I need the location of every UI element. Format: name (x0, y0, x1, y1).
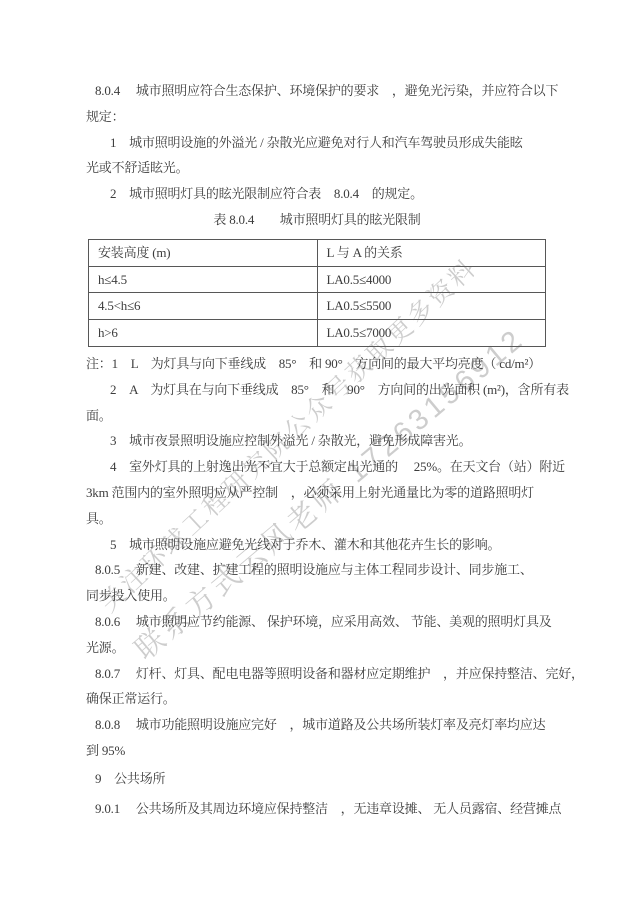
table-cell-relation-2: LA0.5≤5500 (317, 293, 546, 320)
table-note-1: 注：1 L 为灯具与向下垂线成 85° 和 90° 方向间的最大平均亮度（ cd… (86, 351, 548, 377)
table-row: h>6 LA0.5≤7000 (89, 320, 546, 347)
table-header-l-a-relation: L 与 A 的关系 (317, 239, 546, 266)
table-cell-height-1: h≤4.5 (89, 266, 318, 293)
clause-8-0-4-line-1: 8.0.4 城市照明应符合生态保护、环境保护的要求 ，避免光污染，并应符合以下 (86, 78, 548, 104)
table-note-5: 5 城市照明设施应避免光线对于乔木、灌木和其他花卉生长的影响。 (86, 532, 548, 558)
clause-8-0-4-item-1-line-1: 1 城市照明设施的外溢光 / 杂散光应避免对行人和汽车驾驶员形成失能眩 (86, 130, 548, 156)
clause-8-0-8-line-2: 到 95% (86, 738, 548, 764)
table-8-0-4-title: 表 8.0.4 城市照明灯具的眩光限制 (86, 207, 548, 233)
clause-8-0-7-line-1: 8.0.7 灯杆、灯具、配电电器等照明设备和器材应定期维护 ，并应保持整洁、完好… (86, 661, 548, 687)
document-page: 关注环球工程研究院公众号获取更多资料 联系方式云风老师 17263156912 … (0, 0, 635, 900)
table-header-row: 安装高度 (m) L 与 A 的关系 (89, 239, 546, 266)
clause-8-0-6-line-2: 光源。 (86, 635, 548, 661)
clause-8-0-4-item-2: 2 城市照明灯具的眩光限制应符合表 8.0.4 的规定。 (86, 181, 548, 207)
table-note-4-line-3: 具。 (86, 506, 548, 532)
clause-8-0-8-line-1: 8.0.8 城市功能照明设施应完好 ，城市道路及公共场所装灯率及亮灯率均应达 (86, 712, 548, 738)
clause-8-0-4-line-2: 规定： (86, 104, 548, 130)
table-note-4-line-2: 3km 范围内的室外照明应从严控制 ，必须采用上射光通量比为零的道路照明灯 (86, 480, 548, 506)
table-note-4-line-1: 4 室外灯具的上射逸出光不宜大于总额定出光通的 25%。在天文台（站）附近 (86, 454, 548, 480)
table-row: 4.5<h≤6 LA0.5≤5500 (89, 293, 546, 320)
table-row: h≤4.5 LA0.5≤4000 (89, 266, 546, 293)
table-note-3: 3 城市夜景照明设施应控制外溢光 / 杂散光，避免形成障害光。 (86, 428, 548, 454)
table-note-2-line-2: 面。 (86, 403, 548, 429)
table-cell-height-3: h>6 (89, 320, 318, 347)
clause-8-0-6-line-1: 8.0.6 城市照明应节约能源、 保护环境，应采用高效、 节能、美观的照明灯具及 (86, 609, 548, 635)
table-note-2-line-1: 2 A 为灯具在与向下垂线成 85° 和 90° 方向间的出光面积 (m²)，含… (86, 377, 548, 403)
table-cell-relation-3: LA0.5≤7000 (317, 320, 546, 347)
clause-8-0-5-line-1: 8.0.5 新建、改建、扩建工程的照明设施应与主体工程同步设计、同步施工、 (86, 557, 548, 583)
table-header-installation-height: 安装高度 (m) (89, 239, 318, 266)
table-cell-relation-1: LA0.5≤4000 (317, 266, 546, 293)
glare-limit-table: 安装高度 (m) L 与 A 的关系 h≤4.5 LA0.5≤4000 4.5<… (88, 239, 546, 347)
document-content: 8.0.4 城市照明应符合生态保护、环境保护的要求 ，避免光污染，并应符合以下 … (86, 78, 548, 821)
clause-9-0-1-line-1: 9.0.1 公共场所及其周边环境应保持整洁 ，无违章设摊、 无人员露宿、经营摊点 (86, 796, 548, 822)
clause-8-0-7-line-2: 确保正常运行。 (86, 686, 548, 712)
section-9-heading: 9 公共场所 (86, 766, 548, 792)
clause-8-0-4-item-1-line-2: 光或不舒适眩光。 (86, 155, 548, 181)
table-cell-height-2: 4.5<h≤6 (89, 293, 318, 320)
clause-8-0-5-line-2: 同步投入使用。 (86, 583, 548, 609)
